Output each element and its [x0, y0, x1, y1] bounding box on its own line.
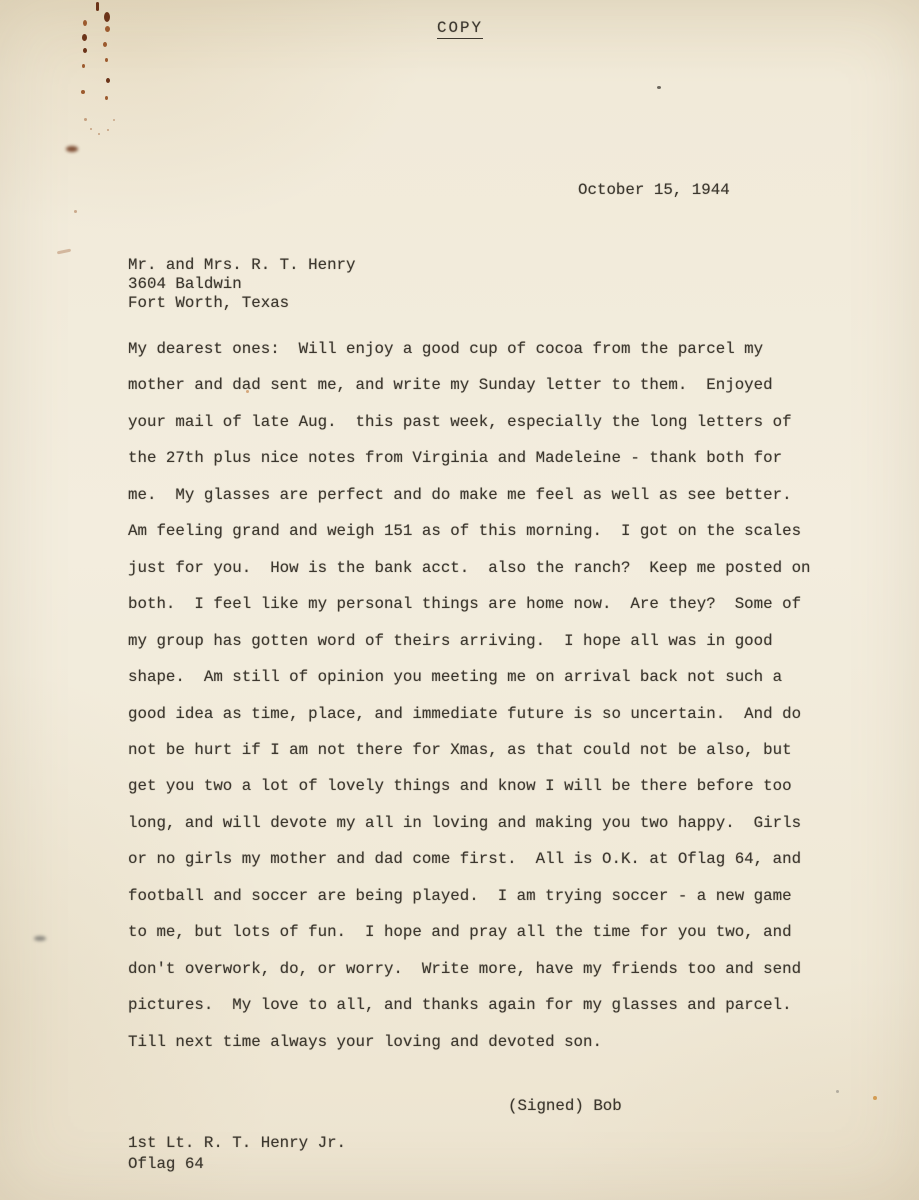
stain-dot	[98, 133, 100, 135]
body-line: long, and will devote my all in loving a…	[128, 805, 811, 841]
body-line: the 27th plus nice notes from Virginia a…	[128, 440, 811, 476]
speck	[657, 86, 661, 89]
stain-dot	[96, 2, 99, 11]
speck	[34, 936, 46, 941]
body-line: shape. Am still of opinion you meeting m…	[128, 659, 811, 695]
stain-dot	[90, 128, 92, 130]
stain-dot	[113, 119, 115, 121]
date-line: October 15, 1944	[578, 181, 730, 199]
speck	[873, 1096, 877, 1100]
address-line: Fort Worth, Texas	[128, 294, 356, 313]
address-line: 3604 Baldwin	[128, 275, 356, 294]
body-line: pictures. My love to all, and thanks aga…	[128, 987, 811, 1023]
stain-dot	[83, 20, 87, 26]
body-line: mother and dad sent me, and write my Sun…	[128, 367, 811, 403]
stain-dot	[104, 12, 110, 22]
sender-line: 1st Lt. R. T. Henry Jr.	[128, 1133, 346, 1154]
stain-dot	[74, 210, 77, 213]
body-line: get you two a lot of lovely things and k…	[128, 768, 811, 804]
stain-dot	[103, 42, 107, 47]
address-line: Mr. and Mrs. R. T. Henry	[128, 256, 356, 275]
stain-dot	[81, 90, 85, 94]
signature-line: (Signed) Bob	[508, 1097, 622, 1115]
stain-dot	[105, 58, 108, 62]
body-line: Till next time always your loving and de…	[128, 1024, 811, 1060]
stain-dot	[82, 34, 87, 41]
body-line: not be hurt if I am not there for Xmas, …	[128, 732, 811, 768]
body-line: me. My glasses are perfect and do make m…	[128, 477, 811, 513]
sender-block: 1st Lt. R. T. Henry Jr.Oflag 64	[128, 1133, 346, 1175]
stain-dot	[84, 118, 87, 121]
body-line: or no girls my mother and dad come first…	[128, 841, 811, 877]
body-line: My dearest ones: Will enjoy a good cup o…	[128, 331, 811, 367]
stain-dot	[83, 48, 87, 53]
stain-dot	[107, 129, 109, 131]
stain-blotch	[66, 146, 78, 152]
body-line: your mail of late Aug. this past week, e…	[128, 404, 811, 440]
body-line: football and soccer are being played. I …	[128, 878, 811, 914]
body-line: to me, but lots of fun. I hope and pray …	[128, 914, 811, 950]
recipient-address: Mr. and Mrs. R. T. Henry3604 BaldwinFort…	[128, 256, 356, 313]
letter-body: My dearest ones: Will enjoy a good cup o…	[128, 331, 811, 1060]
stain-dot	[105, 96, 108, 100]
stain-dot	[57, 249, 71, 255]
body-line: my group has gotten word of theirs arriv…	[128, 623, 811, 659]
sender-line: Oflag 64	[128, 1154, 346, 1175]
letter-page: COPY October 15, 1944 Mr. and Mrs. R. T.…	[0, 0, 919, 1200]
copy-label: COPY	[437, 19, 483, 39]
stain-dot	[106, 78, 110, 83]
stain-dot	[105, 26, 110, 32]
body-line: Am feeling grand and weigh 151 as of thi…	[128, 513, 811, 549]
body-line: both. I feel like my personal things are…	[128, 586, 811, 622]
body-line: just for you. How is the bank acct. also…	[128, 550, 811, 586]
body-line: don't overwork, do, or worry. Write more…	[128, 951, 811, 987]
speck	[836, 1090, 839, 1093]
body-line: good idea as time, place, and immediate …	[128, 696, 811, 732]
stain-dot	[82, 64, 85, 68]
